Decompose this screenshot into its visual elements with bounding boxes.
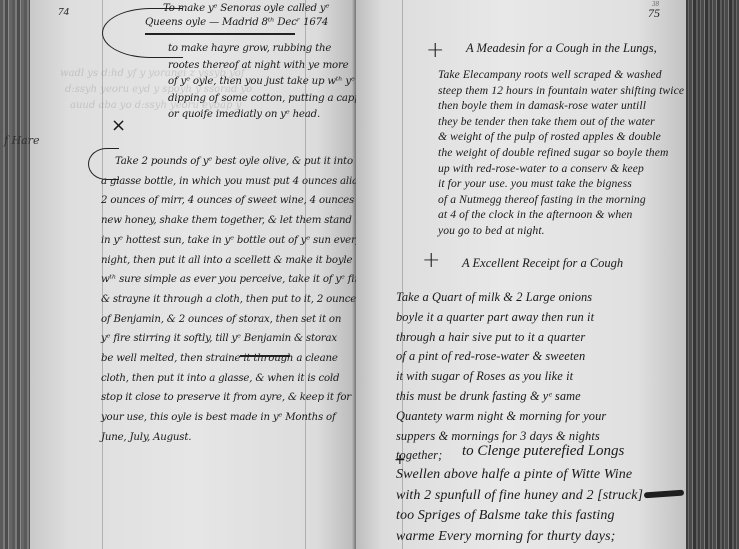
right-page: 38 75 + A Meadesin for a Cough in the Lu…	[356, 0, 686, 549]
text-line: dipping of some cotton, putting a capp	[168, 91, 360, 108]
text-line: or quoife imediatly on yᵉ head.	[168, 107, 360, 124]
text-line: through a hair sive put to it a quarter	[396, 328, 606, 348]
manuscript-spread: wadl ys d:hd yf y yoranei z yssyb yof d:…	[0, 0, 739, 549]
text-line: boyle it a quarter part away then run it	[396, 308, 606, 328]
text-line: Swellen above halfe a pinte of Witte Win…	[396, 465, 643, 486]
text-line: at 4 of the clock in the afternoon & whe…	[438, 207, 684, 223]
text-line: they be tender then take them out of the…	[438, 114, 684, 130]
text-line: warme Every morning for thurty days;	[396, 527, 643, 548]
text-line: too Spriges of Balsme take this fasting	[396, 506, 643, 527]
recipe-3-body: Swellen above halfe a pinte of Witte Win…	[396, 465, 643, 547]
text-line: steep them 12 hours in fountain water sh…	[438, 83, 684, 99]
text-line: it with sugar of Roses as you like it	[396, 367, 606, 387]
left-heading: To make yᵉ Senoras oyle called yᵉ Queens…	[163, 3, 329, 28]
closing-underline	[240, 355, 290, 357]
text-line: & weight of the pulp of rosted apples & …	[438, 129, 684, 145]
cross-mark-icon: ×	[111, 115, 126, 136]
right-fore-edge	[686, 0, 739, 549]
text-line: to make hayre grow, rubbing the	[168, 41, 360, 58]
page-number-right: 75	[648, 6, 660, 21]
page-number-left: 74	[58, 6, 69, 18]
text-line: the weight of double refined sugar so bo…	[438, 145, 684, 161]
text-line: Quantety warm night & morning for your	[396, 407, 606, 427]
text-line: up with red-rose-water to a conserv & ke…	[438, 161, 684, 177]
hair-recipe-text: to make hayre grow, rubbing the rootes t…	[168, 41, 360, 124]
recipe-1-title: A Meadesin for a Cough in the Lungs,	[466, 41, 657, 56]
text-line: it for your use. you must take the bigne…	[438, 176, 684, 192]
struck-out-word	[644, 490, 684, 499]
text-line: with 2 spunfull of fine huney and 2 [str…	[396, 486, 643, 507]
heading-underline	[145, 33, 295, 35]
text-line: of a Nutmegg thereof fasting in the morn…	[438, 192, 684, 208]
heading-line: Queens oyle — Madrid 8ᵗʰ Decʳ 1674	[145, 17, 329, 28]
cross-mark-icon: +	[426, 38, 444, 63]
text-line: Take a Quart of milk & 2 Large onions	[396, 288, 606, 308]
text-line: then boyle them in damask-rose water unt…	[438, 98, 684, 114]
text-line: you go to bed at night.	[438, 223, 684, 239]
heading-line: To make yᵉ Senoras oyle called yᵉ	[163, 3, 329, 14]
recipe-2-body: Take a Quart of milk & 2 Large onions bo…	[396, 288, 606, 466]
recipe-1-body: Take Elecampany roots well scraped & was…	[438, 67, 684, 239]
text-line: Take Elecampany roots well scraped & was…	[438, 67, 684, 83]
recipe-2-title: A Excellent Receipt for a Cough	[462, 256, 623, 271]
left-binding-edge	[0, 0, 30, 549]
left-page: wadl ys d:hd yf y yoranei z yssyb yof d:…	[30, 0, 356, 549]
cross-mark-icon: +	[422, 248, 440, 273]
text-line: this must be drunk fasting & yᵉ same	[396, 387, 606, 407]
text-line: of yᵉ oyle, then you just take up wᵗʰ yᵉ	[168, 74, 360, 91]
margin-note: f Hare	[4, 134, 40, 147]
recipe-3-title: to Clenge puterefied Longs	[462, 443, 624, 460]
text-line: of a pint of red-rose-water & sweeten	[396, 347, 606, 367]
text-line: rootes thereof at night with ye more	[168, 58, 360, 75]
